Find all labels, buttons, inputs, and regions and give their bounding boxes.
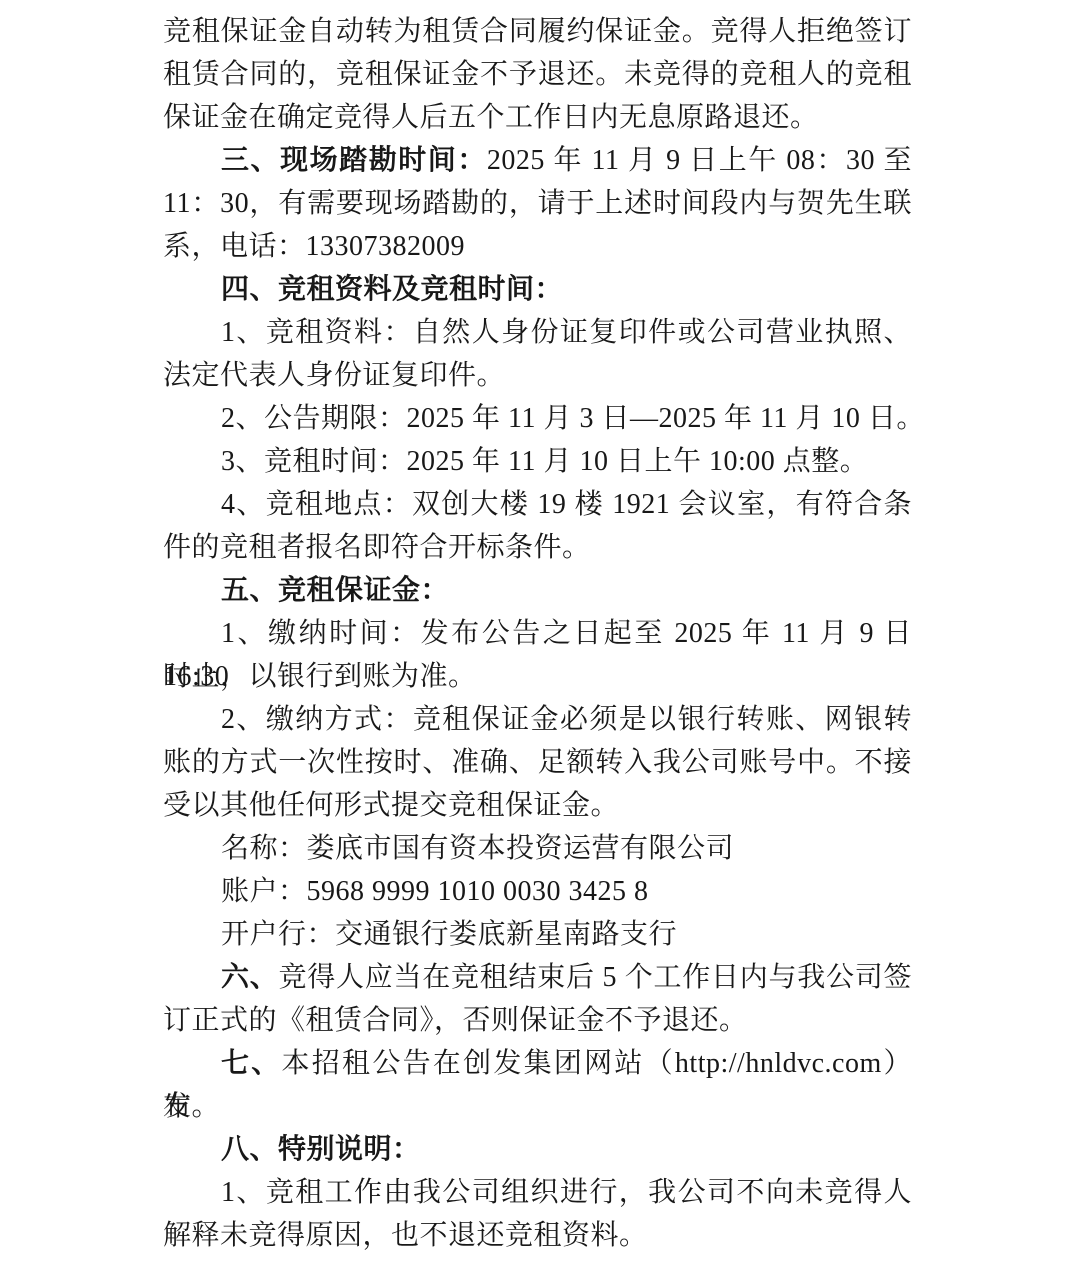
- text-line: 布。: [163, 1085, 912, 1128]
- text-segment: 1、竞租工作由我公司组织进行，我公司不向未竞得人: [221, 1177, 912, 1208]
- text-segment: 布。: [163, 1091, 220, 1122]
- text-segment: 时止，以银行到账为准。: [163, 661, 477, 692]
- text-segment: 4、竞租地点：双创大楼 19 楼 1921 会议室，有符合条: [221, 489, 912, 520]
- text-line: 六、竞得人应当在竞租结束后 5 个工作日内与我公司签: [163, 956, 912, 999]
- text-segment: 系，电话：13307382009: [163, 231, 465, 262]
- document-page: 竞租保证金自动转为租赁合同履约保证金。竞得人拒绝签订租赁合同的，竞租保证金不予退…: [0, 0, 1078, 1263]
- text-line: 竞租保证金自动转为租赁合同履约保证金。竞得人拒绝签订: [163, 10, 912, 53]
- text-line: 八、特别说明：: [163, 1128, 912, 1171]
- text-line: 开户行：交通银行娄底新星南路支行: [163, 913, 912, 956]
- text-line: 4、竞租地点：双创大楼 19 楼 1921 会议室，有符合条: [163, 483, 912, 526]
- text-line: 七、本招租公告在创发集团网站（http://hnldvc.com）发: [163, 1042, 912, 1085]
- text-line: 订正式的《租赁合同》，否则保证金不予退还。: [163, 999, 912, 1042]
- text-segment: 件的竞租者报名即符合开标条件。: [163, 532, 591, 563]
- text-segment: 竞得人应当在竞租结束后 5 个工作日内与我公司签: [279, 962, 912, 993]
- text-segment: 1、竞租资料：自然人身份证复印件或公司营业执照、: [221, 317, 912, 348]
- text-line: 五、竞租保证金：: [163, 569, 912, 612]
- text-segment: 3、竞租时间：2025 年 11 月 10 日上午 10:00 点整。: [221, 446, 868, 477]
- text-line: 保证金在确定竞得人后五个工作日内无息原路退还。: [163, 96, 912, 139]
- text-line: 租赁合同的，竞租保证金不予退还。未竞得的竞租人的竞租: [163, 53, 912, 96]
- text-line: 账户：5968 9999 1010 0030 3425 8: [163, 870, 912, 913]
- text-line: 名称：娄底市国有资本投资运营有限公司: [163, 827, 912, 870]
- text-line: 3、竞租时间：2025 年 11 月 10 日上午 10:00 点整。: [163, 440, 912, 483]
- bold-text-segment: 三、现场踏勘时间：: [221, 145, 487, 176]
- text-line: 时止，以银行到账为准。: [163, 655, 912, 698]
- text-segment: 账的方式一次性按时、准确、足额转入我公司账号中。不接: [163, 747, 912, 778]
- text-segment: 2025 年 11 月 9 日上午 08：30 至: [487, 145, 912, 176]
- text-line: 三、现场踏勘时间：2025 年 11 月 9 日上午 08：30 至: [163, 139, 912, 182]
- text-segment: 保证金在确定竞得人后五个工作日内无息原路退还。: [163, 102, 819, 133]
- text-segment: 竞租保证金自动转为租赁合同履约保证金。竞得人拒绝签订: [163, 16, 912, 47]
- text-line: 1、缴纳时间：发布公告之日起至 2025 年 11 月 9 日 16:30: [163, 612, 912, 655]
- text-line: 法定代表人身份证复印件。: [163, 354, 912, 397]
- text-segment: 开户行：交通银行娄底新星南路支行: [221, 919, 677, 950]
- bold-text-segment: 六、: [221, 962, 279, 993]
- text-line: 2、缴纳方式：竞租保证金必须是以银行转账、网银转: [163, 698, 912, 741]
- text-line: 账的方式一次性按时、准确、足额转入我公司账号中。不接: [163, 741, 912, 784]
- bold-text-segment: 四、竞租资料及竞租时间：: [221, 274, 563, 305]
- text-line: 系，电话：13307382009: [163, 225, 912, 268]
- bold-text-segment: 八、特别说明：: [221, 1134, 421, 1165]
- text-segment: 租赁合同的，竞租保证金不予退还。未竞得的竞租人的竞租: [163, 59, 912, 90]
- text-segment: 名称：娄底市国有资本投资运营有限公司: [221, 833, 734, 864]
- text-segment: 账户：5968 9999 1010 0030 3425 8: [221, 876, 649, 907]
- text-line: 11：30，有需要现场踏勘的，请于上述时间段内与贺先生联: [163, 182, 912, 225]
- bold-text-segment: 七、: [221, 1048, 282, 1079]
- text-line: 1、竞租资料：自然人身份证复印件或公司营业执照、: [163, 311, 912, 354]
- text-line: 件的竞租者报名即符合开标条件。: [163, 526, 912, 569]
- text-segment: 解释未竞得原因，也不退还竞租资料。: [163, 1220, 648, 1251]
- text-segment: 法定代表人身份证复印件。: [163, 360, 505, 391]
- document-body: 竞租保证金自动转为租赁合同履约保证金。竞得人拒绝签订租赁合同的，竞租保证金不予退…: [163, 10, 912, 1257]
- text-line: 1、竞租工作由我公司组织进行，我公司不向未竞得人: [163, 1171, 912, 1214]
- text-line: 受以其他任何形式提交竞租保证金。: [163, 784, 912, 827]
- text-line: 解释未竞得原因，也不退还竞租资料。: [163, 1214, 912, 1257]
- text-line: 四、竞租资料及竞租时间：: [163, 268, 912, 311]
- text-segment: 11：30，有需要现场踏勘的，请于上述时间段内与贺先生联: [163, 188, 912, 219]
- text-segment: 受以其他任何形式提交竞租保证金。: [163, 790, 619, 821]
- text-segment: 2、公告期限：2025 年 11 月 3 日—2025 年 11 月 10 日。: [221, 403, 925, 434]
- text-segment: 2、缴纳方式：竞租保证金必须是以银行转账、网银转: [221, 704, 912, 735]
- text-line: 2、公告期限：2025 年 11 月 3 日—2025 年 11 月 10 日。: [163, 397, 912, 440]
- bold-text-segment: 五、竞租保证金：: [221, 575, 449, 606]
- text-segment: 订正式的《租赁合同》，否则保证金不予退还。: [163, 1005, 748, 1036]
